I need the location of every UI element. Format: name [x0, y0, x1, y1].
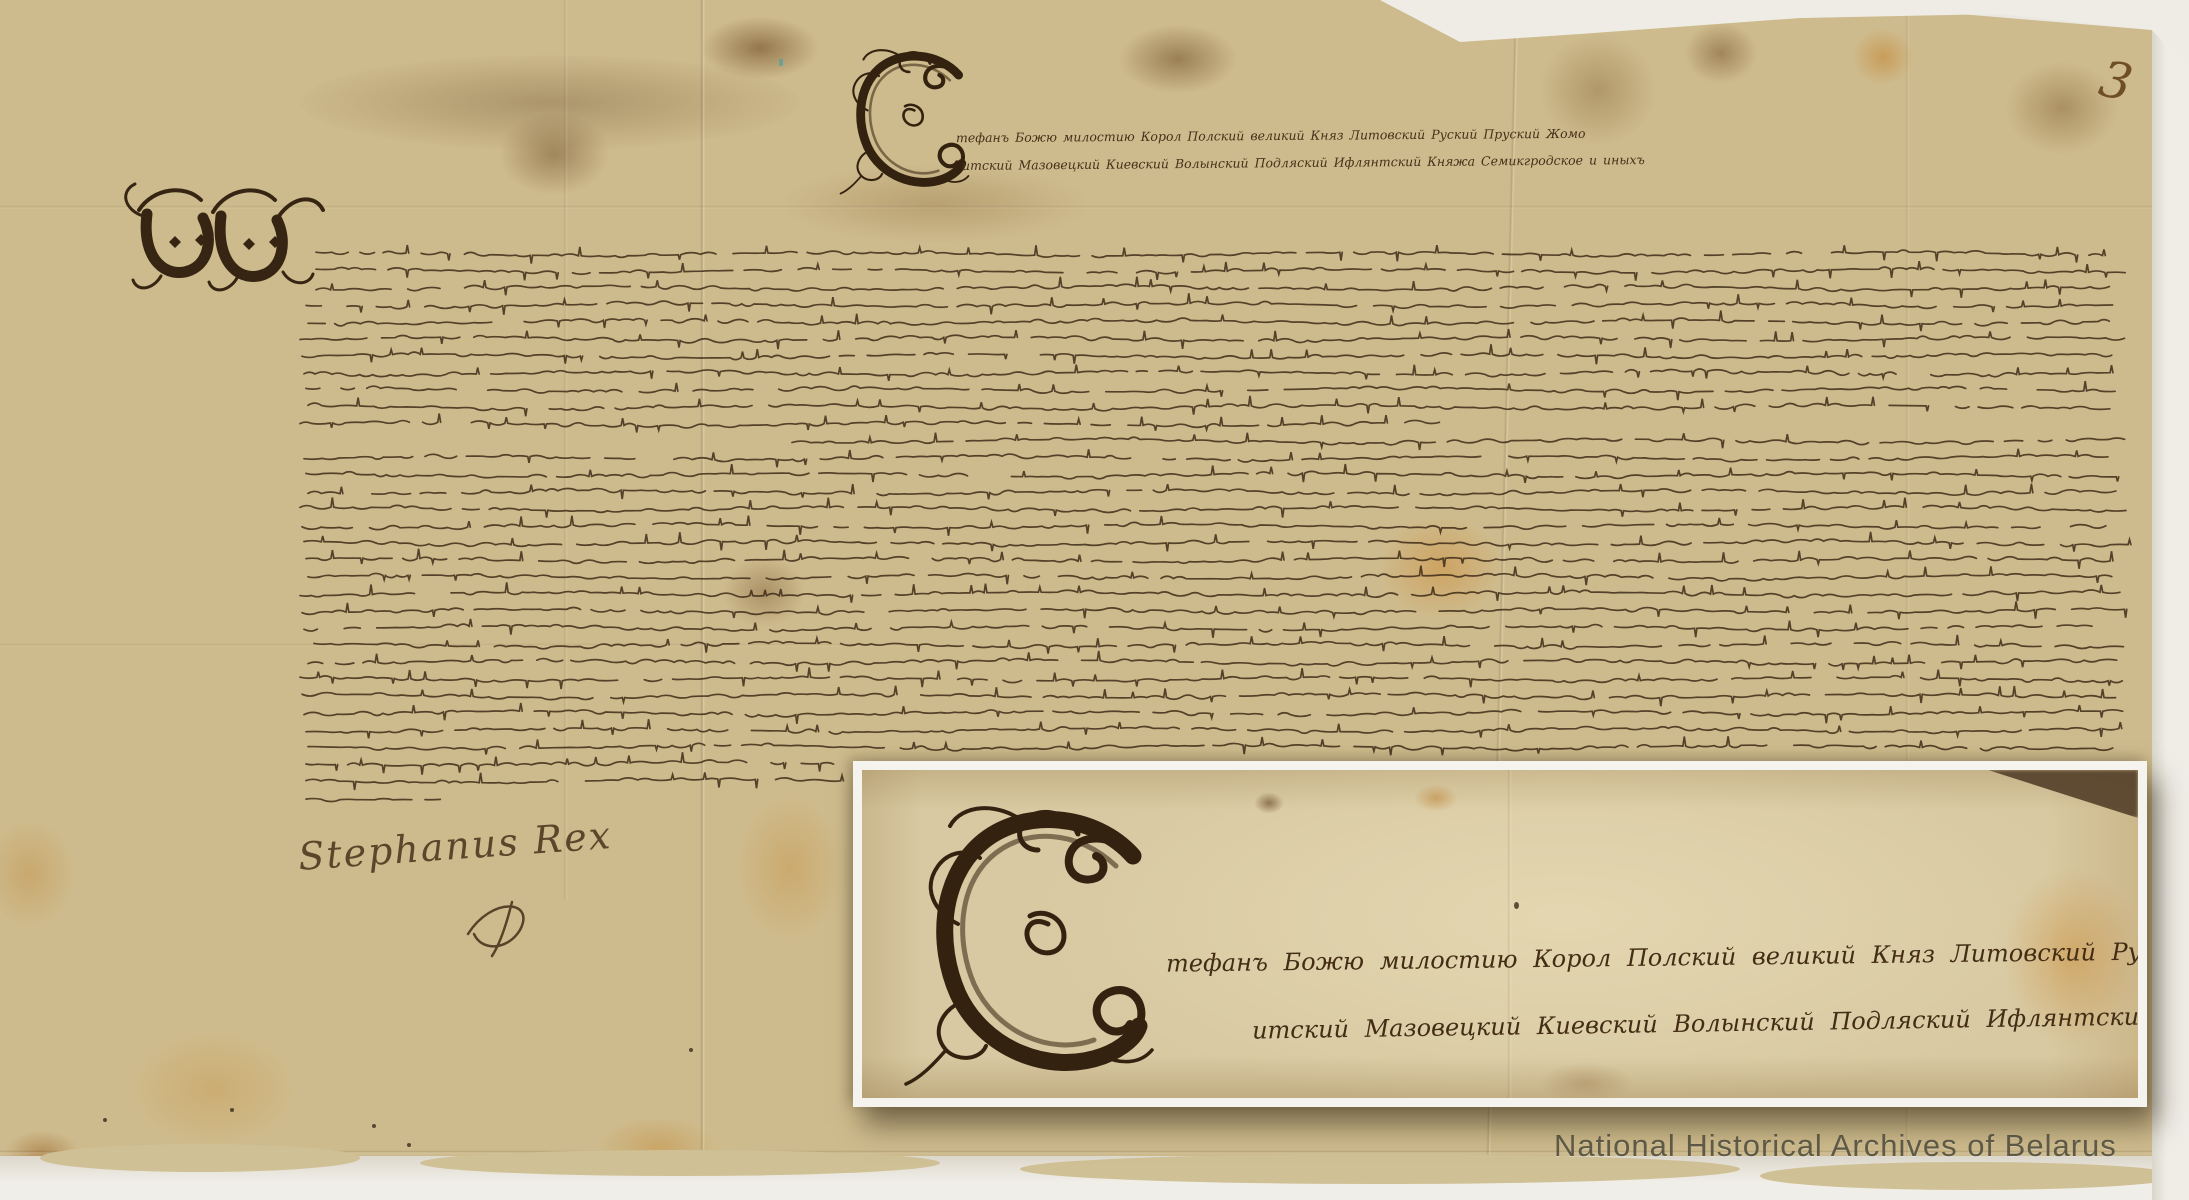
- manuscript-line: [302, 344, 2112, 364]
- manuscript-line: [792, 433, 2125, 450]
- manuscript-line: [306, 719, 2122, 738]
- manuscript-line: [304, 365, 2113, 381]
- blue-fiber-speck: [779, 59, 783, 66]
- manuscript-line: [306, 799, 440, 802]
- manuscript-line: [300, 329, 2125, 349]
- manuscript-line: [306, 772, 858, 790]
- archival-photo: тефанъ Божю милостию Корол Полский велик…: [0, 0, 2189, 1200]
- stain: [1254, 792, 1284, 814]
- photo-corner-shadow: [1988, 770, 2138, 818]
- manuscript-line: [302, 686, 2116, 707]
- inset-header-line-1: тефанъ Божю милостию Корол Полский велик…: [1166, 934, 2138, 977]
- ornate-initial-small: [841, 50, 969, 193]
- manuscript-line: [306, 381, 2115, 400]
- ink-speck: [1514, 902, 1519, 909]
- manuscript-line: [308, 396, 2126, 416]
- signature-paraph: [468, 902, 523, 956]
- manuscript-line: [306, 464, 2119, 483]
- manuscript-line: [308, 736, 2113, 755]
- manuscript-line: [316, 245, 2105, 264]
- detail-inset-photo: тефанъ Божю милостию Корол Полский велик…: [862, 770, 2138, 1098]
- inset-header-line-2: итский Мазовецкий Киевский Волынский Под…: [1252, 995, 2138, 1044]
- manuscript-line: [314, 635, 2124, 654]
- stain: [1414, 784, 1458, 812]
- manuscript-line: [300, 582, 2120, 602]
- manuscript-line: [304, 449, 2108, 468]
- manuscript-line: [302, 602, 2127, 620]
- manuscript-line: [304, 532, 2131, 552]
- manuscript-line: [316, 261, 2125, 280]
- manuscript-line: [300, 668, 2122, 690]
- manuscript-line: [300, 414, 1439, 433]
- body-initial-ornament: [126, 184, 323, 290]
- stain: [1538, 1062, 1634, 1098]
- detail-inset-panel: тефанъ Божю милостию Корол Полский велик…: [853, 761, 2147, 1107]
- fold-crease: [1507, 770, 1512, 1098]
- archive-watermark: National Historical Archives of Belarus: [1554, 1128, 2117, 1164]
- manuscript-line: [308, 311, 2109, 332]
- manuscript-line: [306, 549, 2113, 569]
- manuscript-line: [308, 566, 2112, 586]
- manuscript-line: [304, 703, 2123, 724]
- manuscript-line: [308, 651, 2117, 672]
- manuscript-line: [308, 484, 2116, 500]
- manuscript-line: [306, 752, 850, 774]
- manuscript-line: [304, 619, 2104, 638]
- manuscript-line: [300, 498, 2126, 518]
- manuscript-line: [306, 293, 2113, 314]
- manuscript-line: [316, 277, 2109, 298]
- ornate-initial-large: [888, 784, 1188, 1084]
- manuscript-line: [302, 516, 2106, 536]
